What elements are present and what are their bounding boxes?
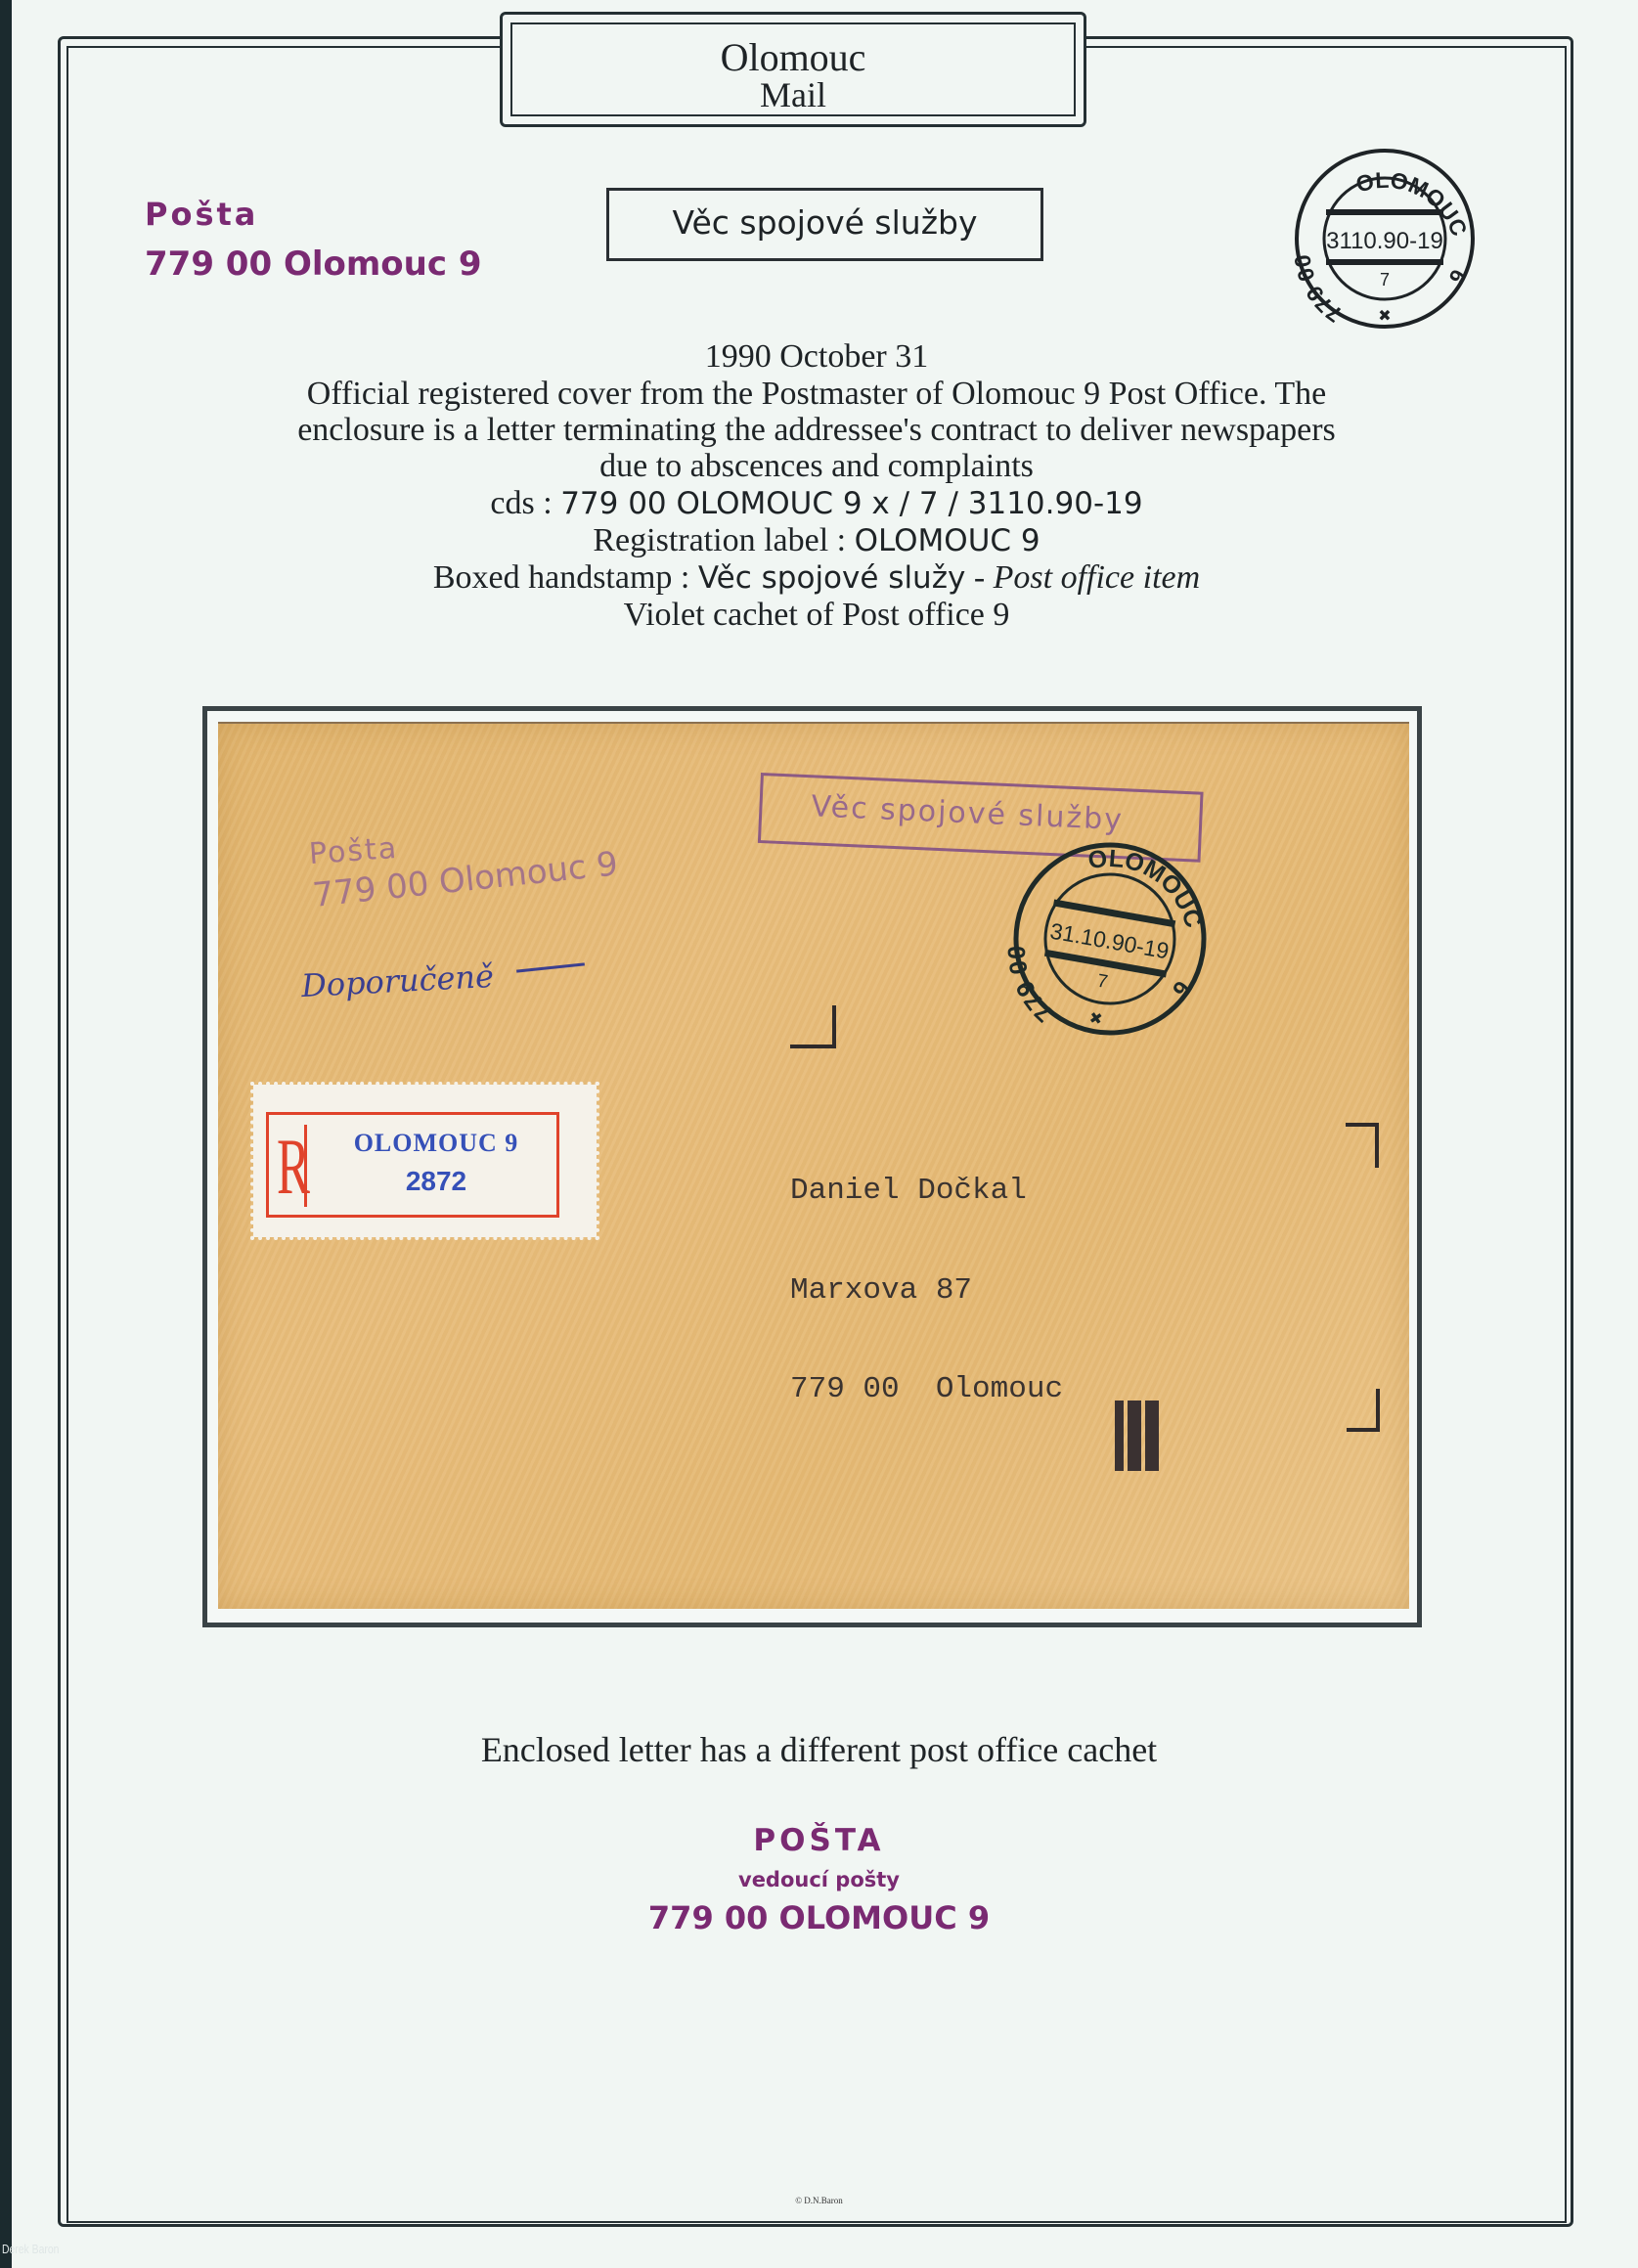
letter-cachet-line3: 779 00 OLOMOUC 9 [0, 1899, 1638, 1936]
description-line-3: due to abscences and complaints [108, 448, 1526, 484]
description-line-1: Official registered cover from the Postm… [108, 376, 1526, 412]
page-subtitle: Mail [512, 77, 1074, 112]
svg-text:✖: ✖ [1378, 306, 1391, 325]
registration-R-glyph: R [277, 1125, 296, 1208]
description-cds: cds : 779 00 OLOMOUC 9 x / 7 / 3110.90-1… [108, 485, 1526, 522]
address-corner-mark [1347, 1389, 1380, 1432]
svg-text:✖: ✖ [1087, 1008, 1104, 1029]
letter-cachet-line1: POŠTA [0, 1823, 1638, 1858]
violet-cachet-line1: Pošta [145, 196, 258, 233]
description-date: 1990 October 31 [108, 338, 1526, 375]
svg-text:3110.90-19: 3110.90-19 [1326, 228, 1443, 254]
enclosed-letter-note: Enclosed letter has a different post off… [0, 1729, 1638, 1770]
address-corner-mark [790, 1005, 836, 1048]
postmark-cds-icon: OLOMOUC 779 00 9 3110.90-19 7 ✖ [1289, 149, 1481, 334]
registration-label: R OLOMOUC 9 2872 [256, 1088, 594, 1234]
watermark: Derek Baron [2, 2242, 59, 2256]
boxed-handstamp: Věc spojové služby [606, 188, 1043, 261]
page-title: Olomouc [512, 38, 1074, 77]
envelope-cachet-line1: Pošta [308, 831, 399, 871]
address-corner-mark [1346, 1123, 1379, 1168]
svg-text:7: 7 [1095, 971, 1109, 994]
description-violet-cachet: Violet cachet of Post office 9 [108, 597, 1526, 633]
description-boxed-handstamp: Boxed handstamp : Věc spojové služy - Po… [108, 559, 1526, 597]
letter-cachet-line2: vedoucí pošty [0, 1868, 1638, 1891]
description-registration: Registration label : OLOMOUC 9 [108, 522, 1526, 559]
envelope-postmark-icon: OLOMOUC 779 00 9 31.10.90-19 7 ✖ [1005, 839, 1216, 1040]
svg-text:7: 7 [1380, 270, 1390, 289]
registration-office: OLOMOUC 9 [316, 1129, 556, 1158]
description-line-2: enclosure is a letter terminating the ad… [108, 412, 1526, 448]
address-city: 779 00 Olomouc [790, 1372, 1063, 1406]
address-name: Daniel Dočkal [790, 1174, 1027, 1208]
title-box: Olomouc Mail [500, 12, 1086, 127]
copyright: © D.N.Baron [0, 2196, 1638, 2205]
address-street: Marxova 87 [790, 1273, 972, 1308]
registration-number: 2872 [316, 1166, 556, 1197]
violet-cachet-line2: 779 00 Olomouc 9 [145, 245, 482, 284]
